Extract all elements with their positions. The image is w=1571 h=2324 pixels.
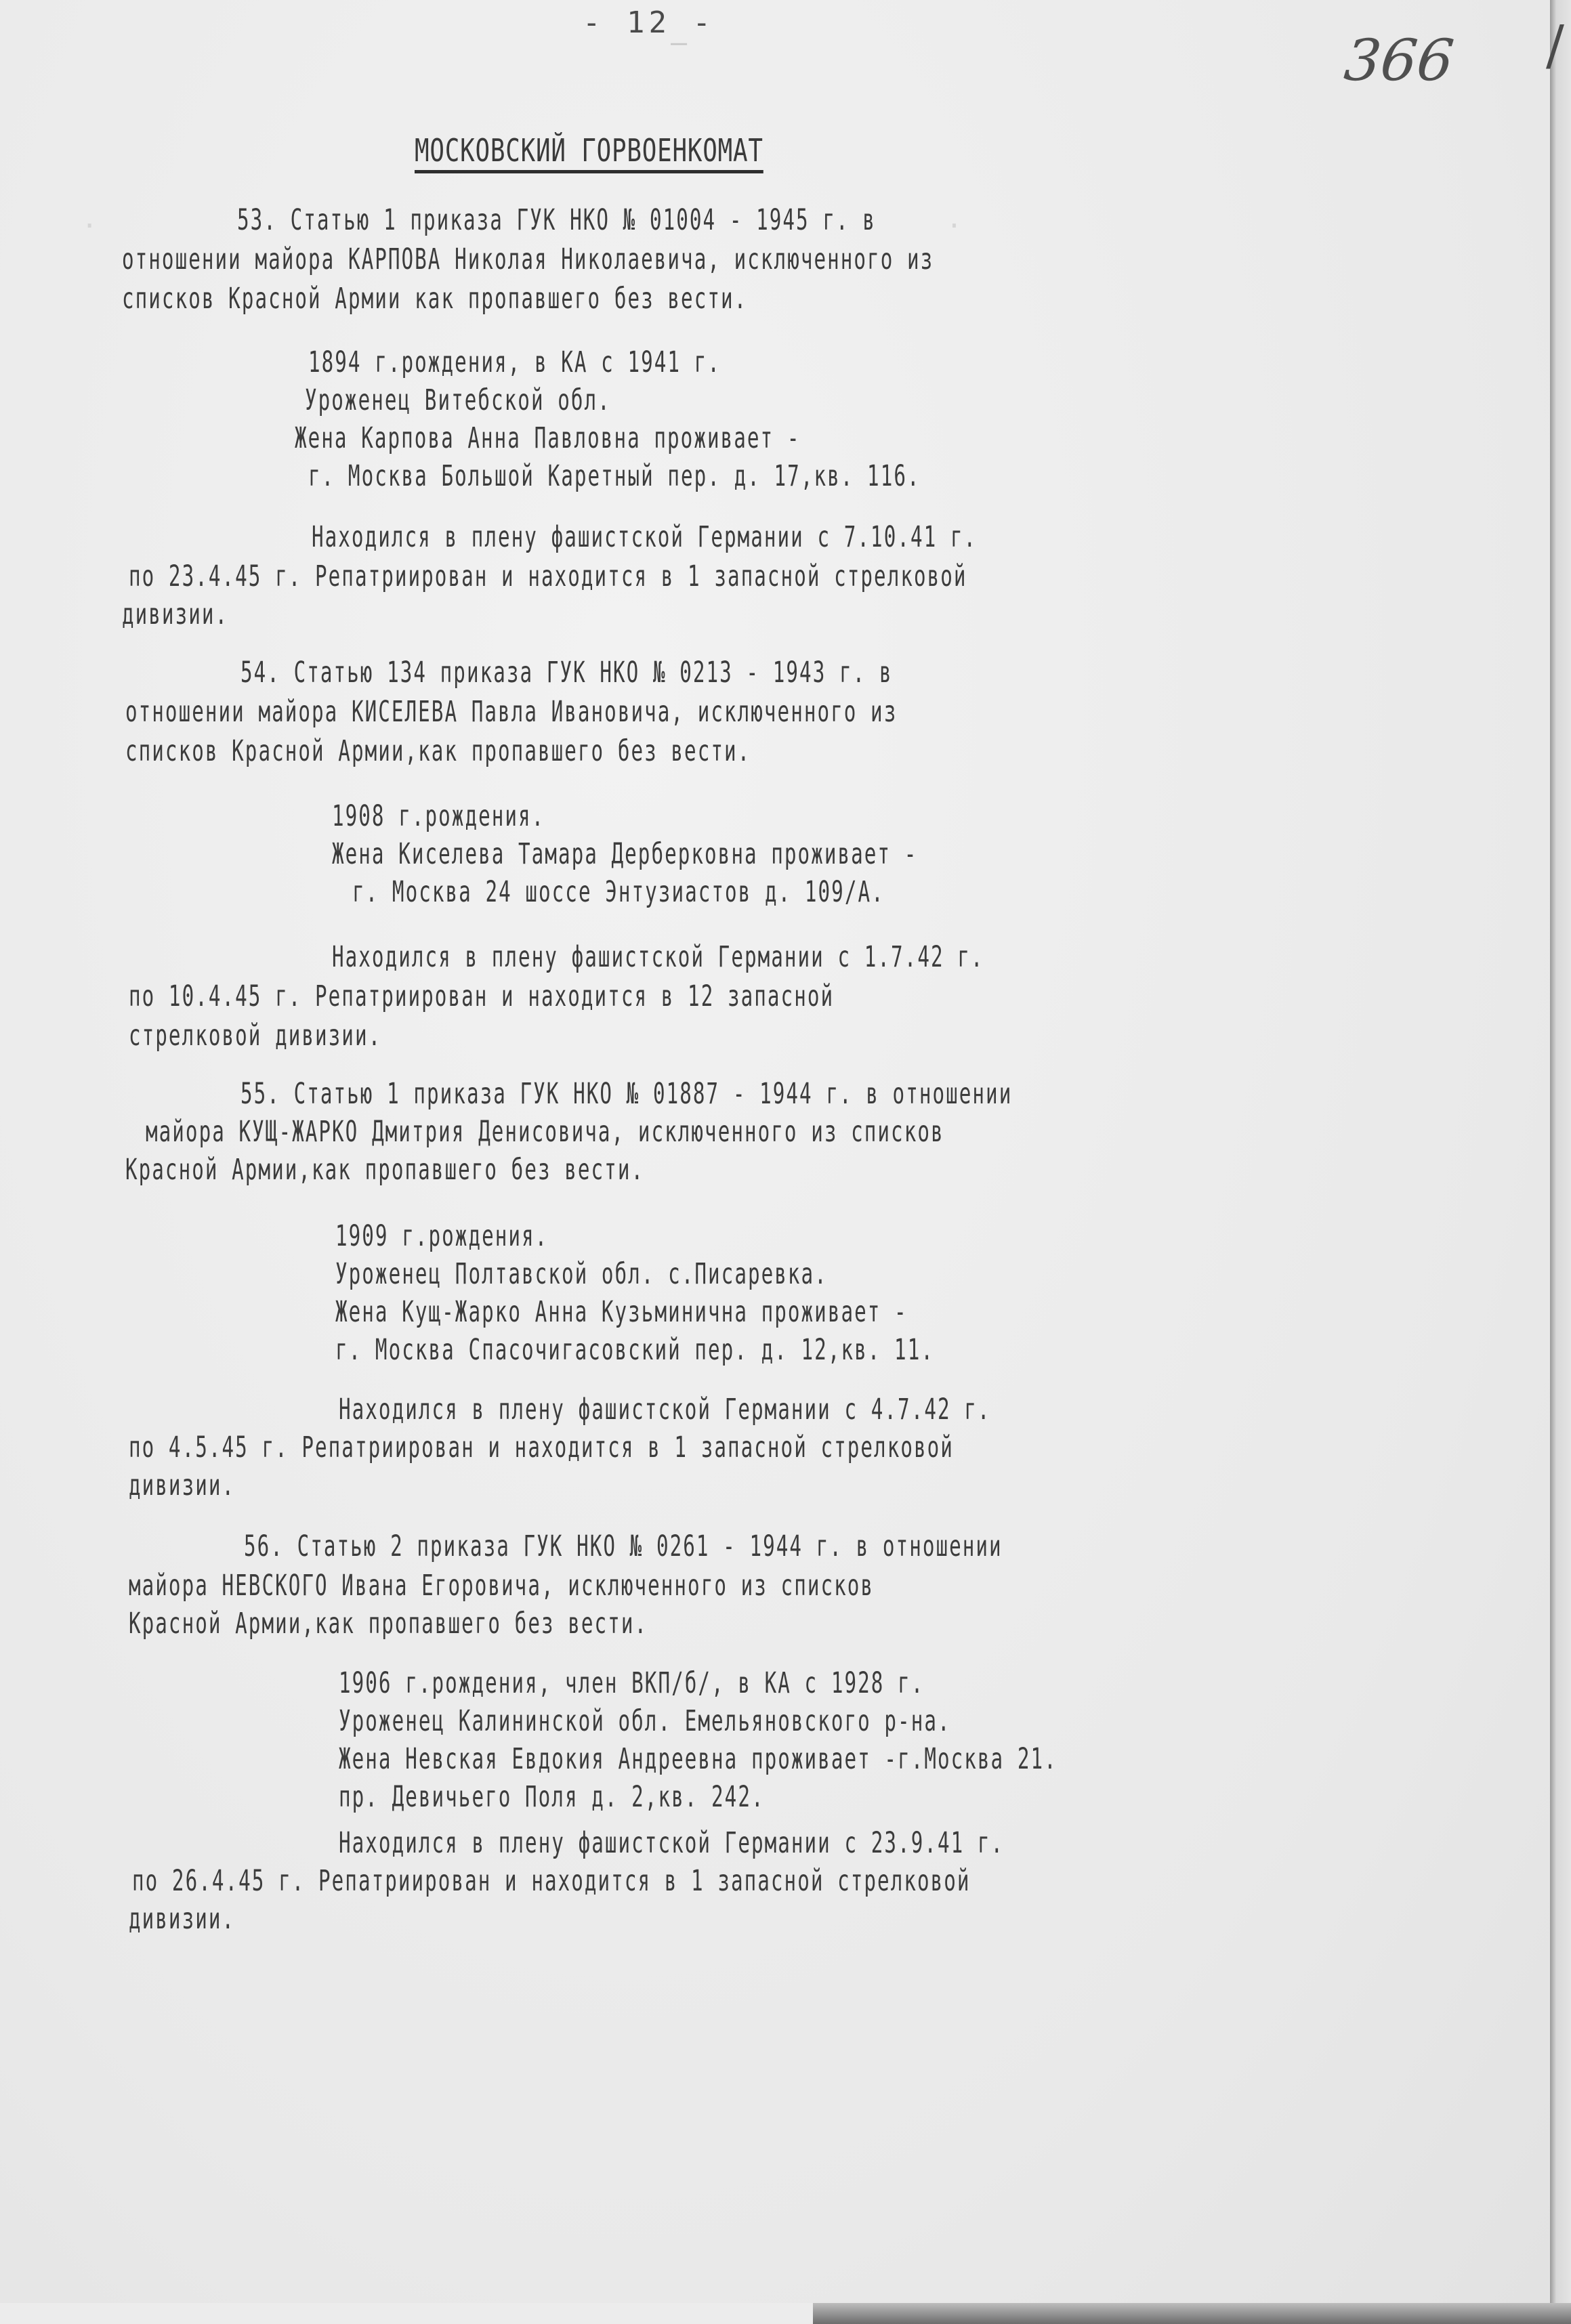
archive-sheet-number: 366 — [1341, 27, 1457, 93]
order-line: списков Красной Армии,как пропавшего без… — [125, 734, 751, 768]
bio-line: г. Москва 24 шоссе Энтузиастов д. 109/А. — [352, 875, 885, 909]
order-line: списков Красной Армии как пропавшего без… — [122, 282, 747, 316]
order-line: 54. Статью 134 приказа ГУК НКО № 0213 - … — [240, 656, 893, 690]
scan-shadow — [813, 2303, 1571, 2324]
bio-line: Жена Невская Евдокия Андреевна проживает… — [339, 1742, 1057, 1776]
bio-line: 1894 г.рождения, в КА с 1941 г. — [308, 345, 721, 379]
bio-line: Жена Киселева Тамара Дерберковна прожива… — [332, 837, 917, 871]
captivity-line: Находился в плену фашистской Германии с … — [339, 1393, 991, 1427]
captivity-line: по 10.4.45 г. Репатриирован и находится … — [129, 979, 834, 1013]
order-line: 53. Статью 1 приказа ГУК НКО № 01004 - 1… — [237, 203, 876, 237]
order-line: Красной Армии,как пропавшего без вести. — [129, 1607, 648, 1641]
captivity-line: по 23.4.45 г. Репатриирован и находится … — [129, 559, 967, 593]
order-line: отношении майора КАРПОВА Николая Николае… — [122, 242, 934, 276]
captivity-line: стрелковой дивизии. — [129, 1019, 381, 1053]
captivity-line: дивизии. — [122, 597, 228, 631]
order-line: отношении майора КИСЕЛЕВА Павла Иванович… — [125, 695, 897, 729]
captivity-line: по 4.5.45 г. Репатриирован и находится в… — [129, 1431, 954, 1464]
bio-line: Жена Кущ-Жарко Анна Кузьминична проживае… — [335, 1295, 908, 1329]
bio-line: Уроженец Витебской обл. — [305, 383, 611, 417]
captivity-line: дивизии. — [129, 1902, 235, 1936]
bio-line: 1909 г.рождения. — [335, 1219, 548, 1253]
bio-line: Уроженец Полтавской обл. с.Писаревка. — [335, 1257, 828, 1291]
captivity-line: дивизии. — [129, 1469, 235, 1502]
bio-line: Жена Карпова Анна Павловна проживает - — [295, 421, 800, 455]
order-line: майора КУЩ-ЖАРКО Дмитрия Денисовича, иск… — [146, 1115, 944, 1149]
order-line: 55. Статью 1 приказа ГУК НКО № 01887 - 1… — [240, 1077, 1012, 1111]
order-line: Красной Армии,как пропавшего без вести. — [125, 1153, 644, 1187]
bio-line: 1906 г.рождения, член ВКП/б/, в КА с 192… — [339, 1666, 924, 1700]
bio-line: г. Москва Большой Каретный пер. д. 17,кв… — [308, 459, 921, 493]
ghost-page-number: – — [671, 27, 687, 58]
bio-line: 1908 г.рождения. — [332, 799, 545, 833]
captivity-line: Находился в плену фашистской Германии с … — [312, 520, 977, 554]
captivity-line: Находился в плену фашистской Германии с … — [339, 1826, 1004, 1860]
page-edge — [1550, 0, 1571, 2324]
page-heading: МОСКОВСКИЙ ГОРВОЕНКОМАТ — [415, 132, 763, 173]
order-line: майора НЕВСКОГО Ивана Егоровича, исключе… — [129, 1569, 874, 1603]
order-line: 56. Статью 2 приказа ГУК НКО № 0261 - 19… — [244, 1529, 1003, 1563]
document-page — [0, 0, 1551, 2303]
bio-line: пр. Девичьего Поля д. 2,кв. 242. — [339, 1780, 765, 1814]
archive-mark: / — [1546, 14, 1564, 77]
bio-line: г. Москва Спасочигасовский пер. д. 12,кв… — [335, 1333, 934, 1367]
bio-line: Уроженец Калининской обл. Емельяновского… — [339, 1704, 951, 1738]
page-number: - 12 - — [583, 5, 715, 40]
captivity-line: по 26.4.45 г. Репатриирован и находится … — [132, 1864, 971, 1898]
captivity-line: Находился в плену фашистской Германии с … — [332, 940, 984, 974]
